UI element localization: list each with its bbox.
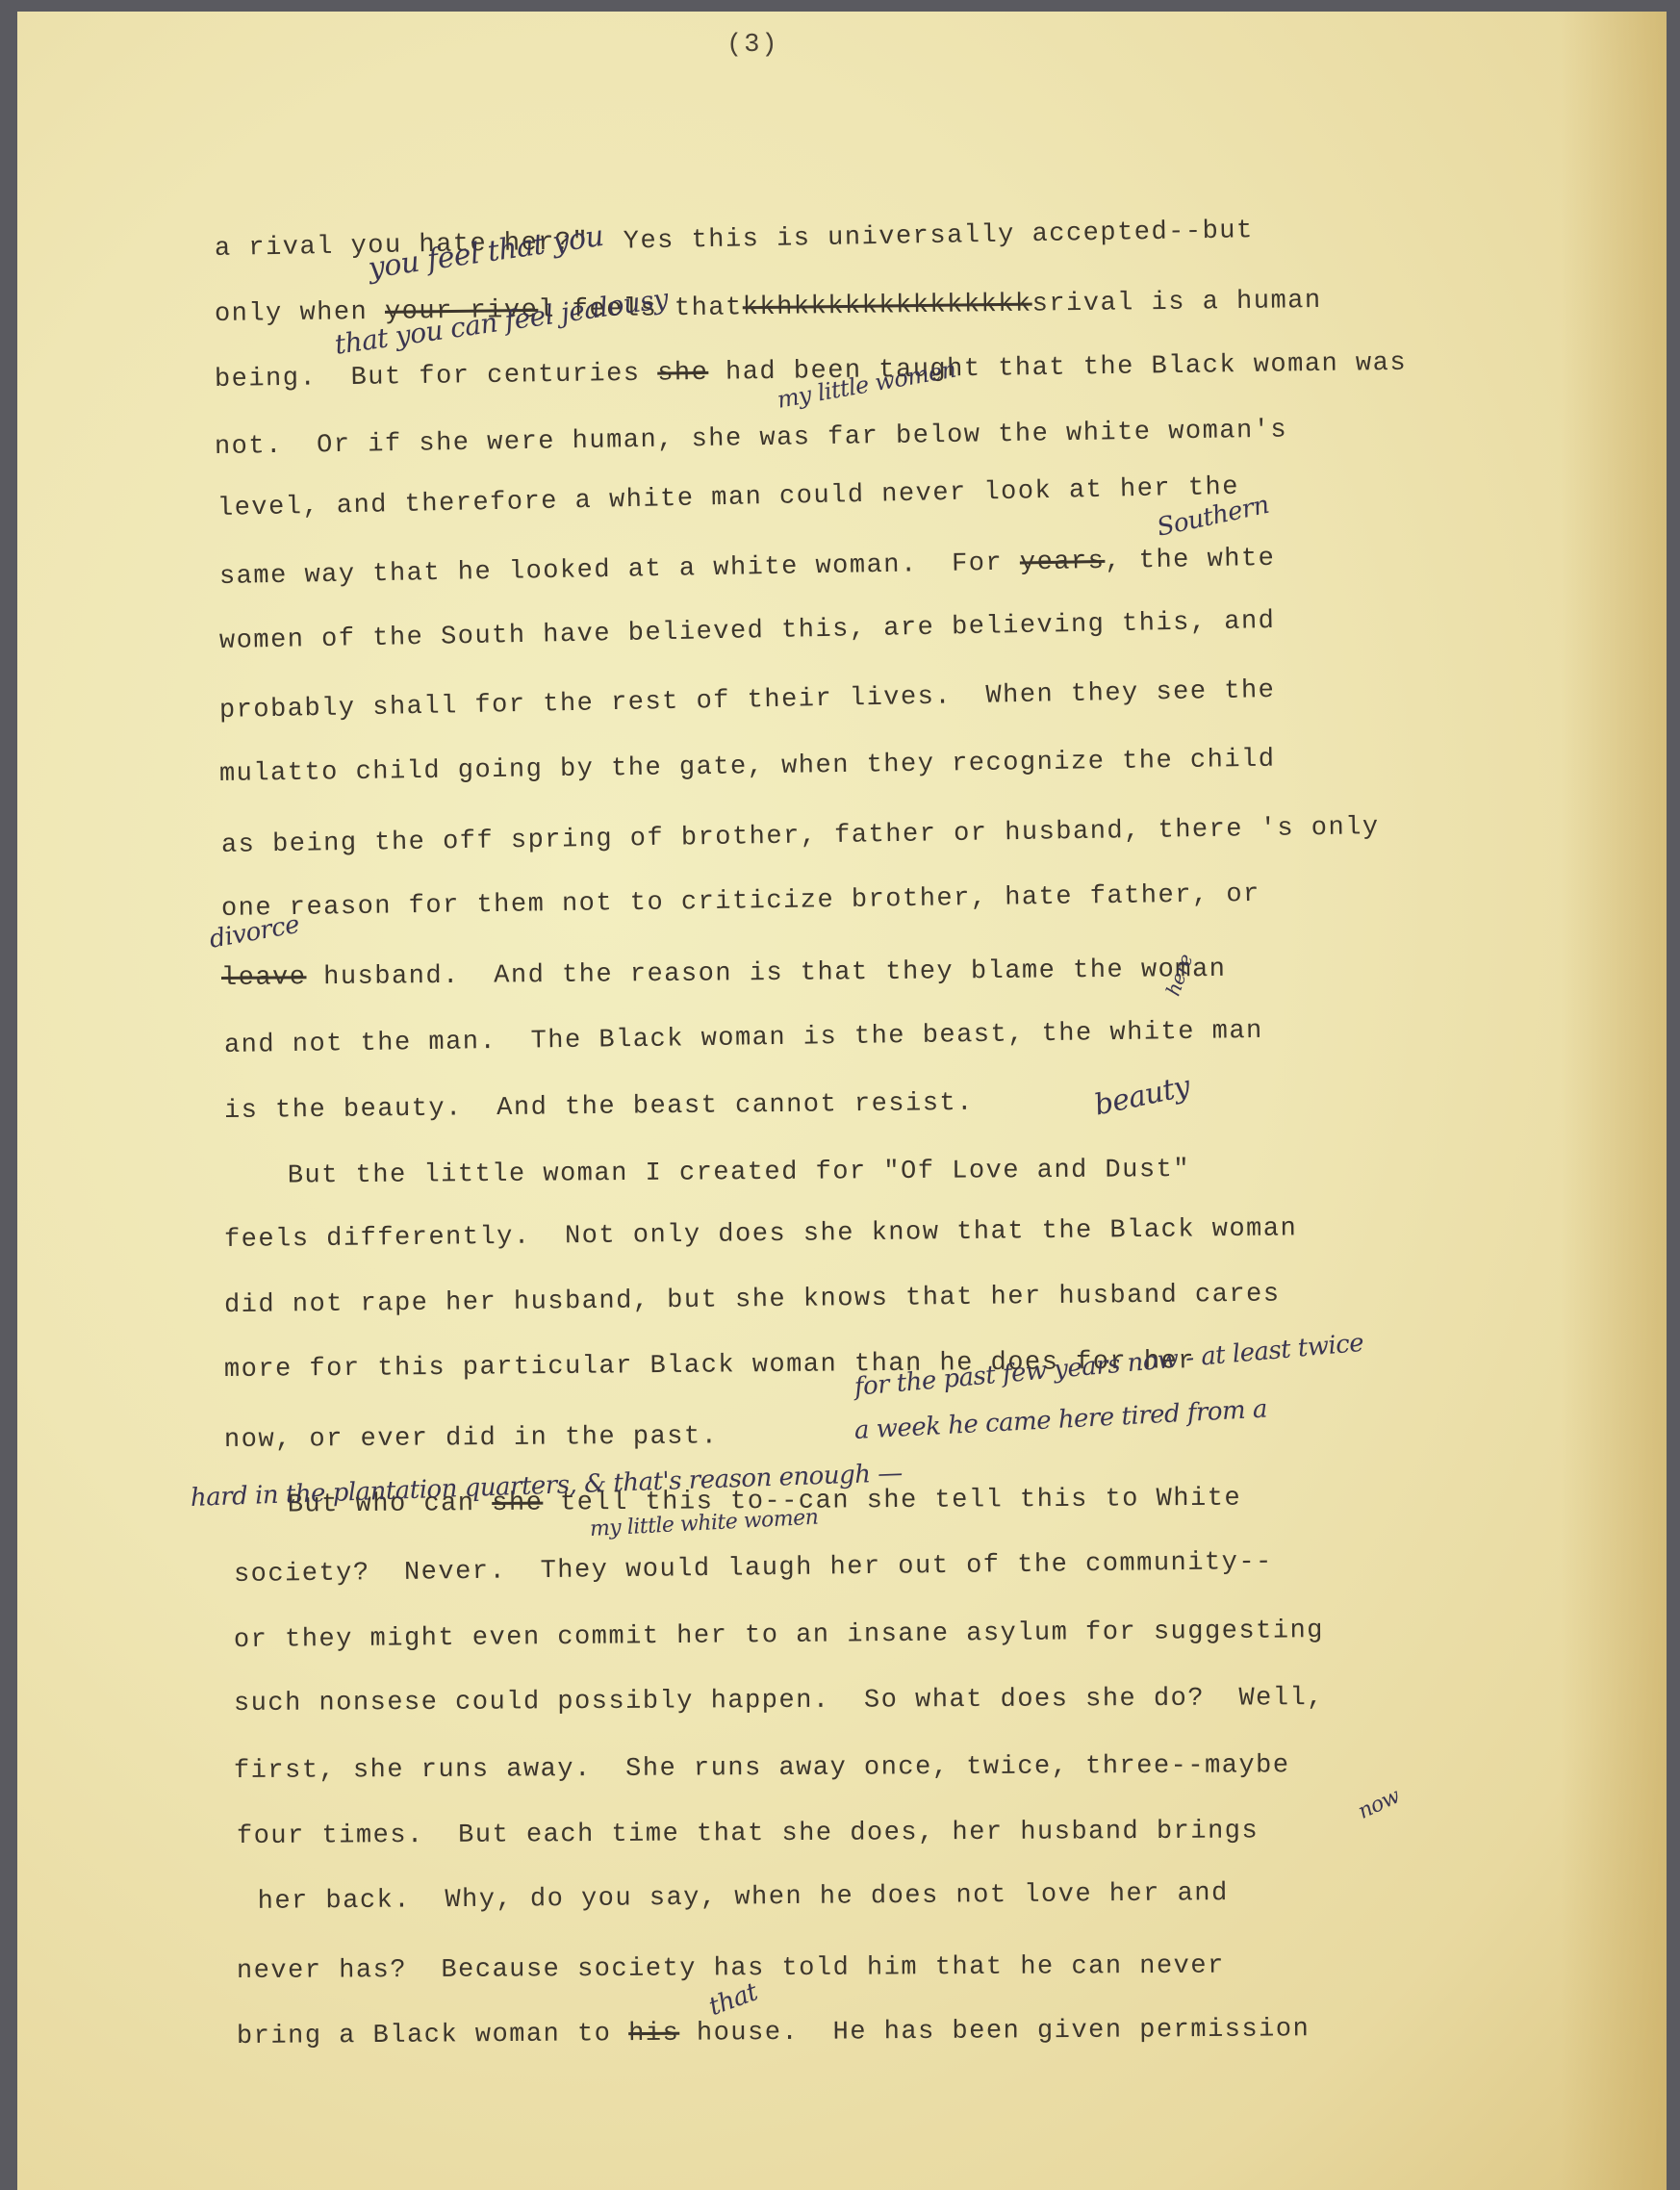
typed-text: society? Never. They would laugh her out… [234, 1548, 1273, 1590]
typed-line: first, she runs away. She runs away once… [234, 1751, 1290, 1786]
handwritten-note: now [1355, 1784, 1404, 1824]
typed-line: mulatto child going by the gate, when th… [219, 746, 1276, 789]
page-number: (3) [726, 31, 779, 60]
typed-text: one reason for them not to criticize bro… [221, 880, 1260, 924]
typed-line: as being the off spring of brother, fath… [221, 813, 1380, 860]
typed-line: her back. Why, do you say, when he does … [241, 1879, 1229, 1917]
typed-text: such nonsese could possibly happen. So w… [234, 1684, 1324, 1719]
typed-text: is the beauty. And the beast cannot resi… [224, 1089, 974, 1126]
typed-line: probably shall for the rest of their liv… [219, 676, 1276, 726]
typed-line: and not the man. The Black woman is the … [224, 1017, 1263, 1060]
typed-text: bring a Black woman to [237, 2020, 628, 2051]
typed-line: one reason for them not to criticize bro… [221, 880, 1260, 924]
typed-line: But the little woman I created for "Of L… [219, 1156, 1190, 1191]
typed-text: probably shall for the rest of their liv… [219, 676, 1276, 726]
typed-text: house. He has been given permission [679, 2015, 1310, 2049]
struck-text: his [628, 2020, 679, 2049]
typed-text: now, or ever did in the past. [224, 1422, 719, 1455]
struck-text: years [1020, 547, 1106, 578]
typed-line: same way that he looked at a white woman… [219, 545, 1276, 592]
typed-text: never has? Because society has told him … [237, 1952, 1225, 1986]
typed-text: first, she runs away. She runs away once… [234, 1751, 1290, 1786]
typed-text: being. But for centuries [215, 360, 658, 395]
typed-text: did not rape her husband, but she knows … [224, 1281, 1281, 1320]
typed-line: bring a Black woman to his house. He has… [237, 2015, 1310, 2051]
typed-text: her back. Why, do you say, when he does … [241, 1879, 1229, 1917]
typed-text: not. Or if she were human, she was far b… [215, 416, 1288, 462]
typed-line: level, and therefore a white man could n… [217, 473, 1240, 523]
typed-text: But the little woman I created for "Of L… [219, 1156, 1190, 1191]
typed-text: as being the off spring of brother, fath… [221, 813, 1380, 860]
typed-line: feels differently. Not only does she kno… [224, 1214, 1298, 1255]
struck-text: she [657, 359, 709, 389]
typed-line: such nonsese could possibly happen. So w… [234, 1684, 1324, 1719]
typed-text: husband. And the reason is that they bla… [306, 955, 1226, 992]
typed-line: now, or ever did in the past. [224, 1422, 719, 1455]
typed-line: never has? Because society has told him … [237, 1952, 1225, 1986]
typed-text: level, and therefore a white man could n… [217, 473, 1240, 523]
typed-line: four times. But each time that she does,… [237, 1817, 1259, 1851]
typed-line: did not rape her husband, but she knows … [224, 1281, 1281, 1320]
typed-text: four times. But each time that she does,… [237, 1817, 1259, 1851]
typed-line: women of the South have believed this, a… [219, 607, 1276, 656]
typed-line: not. Or if she were human, she was far b… [215, 416, 1288, 462]
typed-text: same way that he looked at a white woman… [219, 548, 1020, 592]
struck-text: leave [221, 963, 307, 993]
manuscript-page: (3) a rival you hate her?" Yes this is u… [17, 12, 1667, 2190]
typed-text: , the whte [1105, 545, 1276, 576]
typed-line: leave husband. And the reason is that th… [221, 955, 1227, 993]
struck-text: kkhkkkkkkkkkkkkkk [743, 291, 1032, 323]
typed-line: or they might even commit her to an insa… [234, 1617, 1324, 1655]
handwritten-note: that [705, 1977, 761, 2022]
typed-line: society? Never. They would laugh her out… [234, 1548, 1273, 1590]
handwritten-note: beauty [1091, 1070, 1192, 1123]
typed-text: and not the man. The Black woman is the … [224, 1017, 1263, 1060]
typed-text: srival is a human [1032, 287, 1322, 319]
typed-text: women of the South have believed this, a… [219, 607, 1276, 656]
typed-line: is the beauty. And the beast cannot resi… [224, 1089, 974, 1126]
typed-text: feels differently. Not only does she kno… [224, 1214, 1298, 1255]
typed-text: or they might even commit her to an insa… [234, 1617, 1324, 1655]
typed-text: mulatto child going by the gate, when th… [219, 746, 1276, 789]
handwritten-note: a week he came here tired from a [853, 1395, 1267, 1445]
